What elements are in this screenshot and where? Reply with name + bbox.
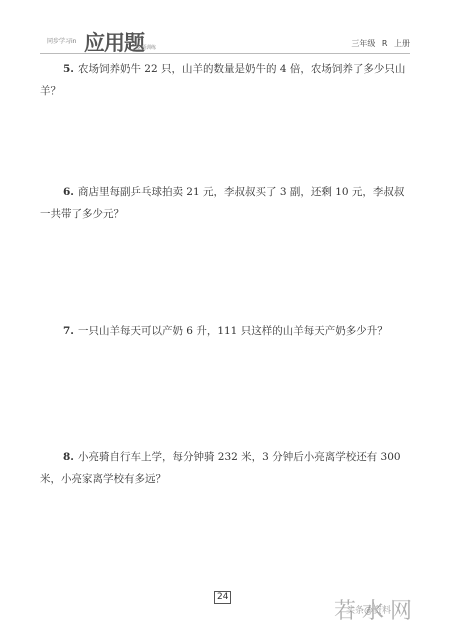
question-text: 一只山羊每天可以产奶 6 升，111 只这样的山羊每天产奶多少升？ [78,325,388,337]
header-divider [40,53,410,54]
logo-small-text: 同步学习in [47,36,76,45]
question-text: 农场饲养奶牛 22 只，山羊的数量是奶牛的 4 倍，农场饲养了多少只山羊？ [40,63,405,97]
question-number: 8. [63,451,74,463]
question-6: 6.商店里每副乒乓球拍卖 21 元，李叔叔买了 3 副，还剩 10 元，李叔叔一… [40,181,410,225]
question-5: 5.农场饲养奶牛 22 只，山羊的数量是奶牛的 4 倍，农场饲养了多少只山羊？ [40,58,410,102]
question-8: 8.小亮骑自行车上学，每分钟骑 232 米，3 分钟后小亮离学校还有 300 米… [40,446,410,490]
question-text: 小亮骑自行车上学，每分钟骑 232 米，3 分钟后小亮离学校还有 300 米，小… [40,451,401,485]
grade-label: 三年级 R 上册 [351,38,410,49]
question-7: 7.一只山羊每天可以产奶 6 升，111 只这样的山羊每天产奶多少升？ [40,320,410,342]
question-number: 6. [63,186,74,198]
page-number: 24 [214,591,231,604]
question-text: 商店里每副乒乓球拍卖 21 元，李叔叔买了 3 副，还剩 10 元，李叔叔一共带… [40,186,404,220]
page-header: 同步学习in 应用题 专项训练 三年级 R 上册 [40,24,410,54]
question-number: 5. [63,63,74,75]
logo-subtitle: 专项训练 [136,44,156,51]
question-number: 7. [63,325,74,337]
watermark-subtext: 头条@资料 [346,603,391,616]
